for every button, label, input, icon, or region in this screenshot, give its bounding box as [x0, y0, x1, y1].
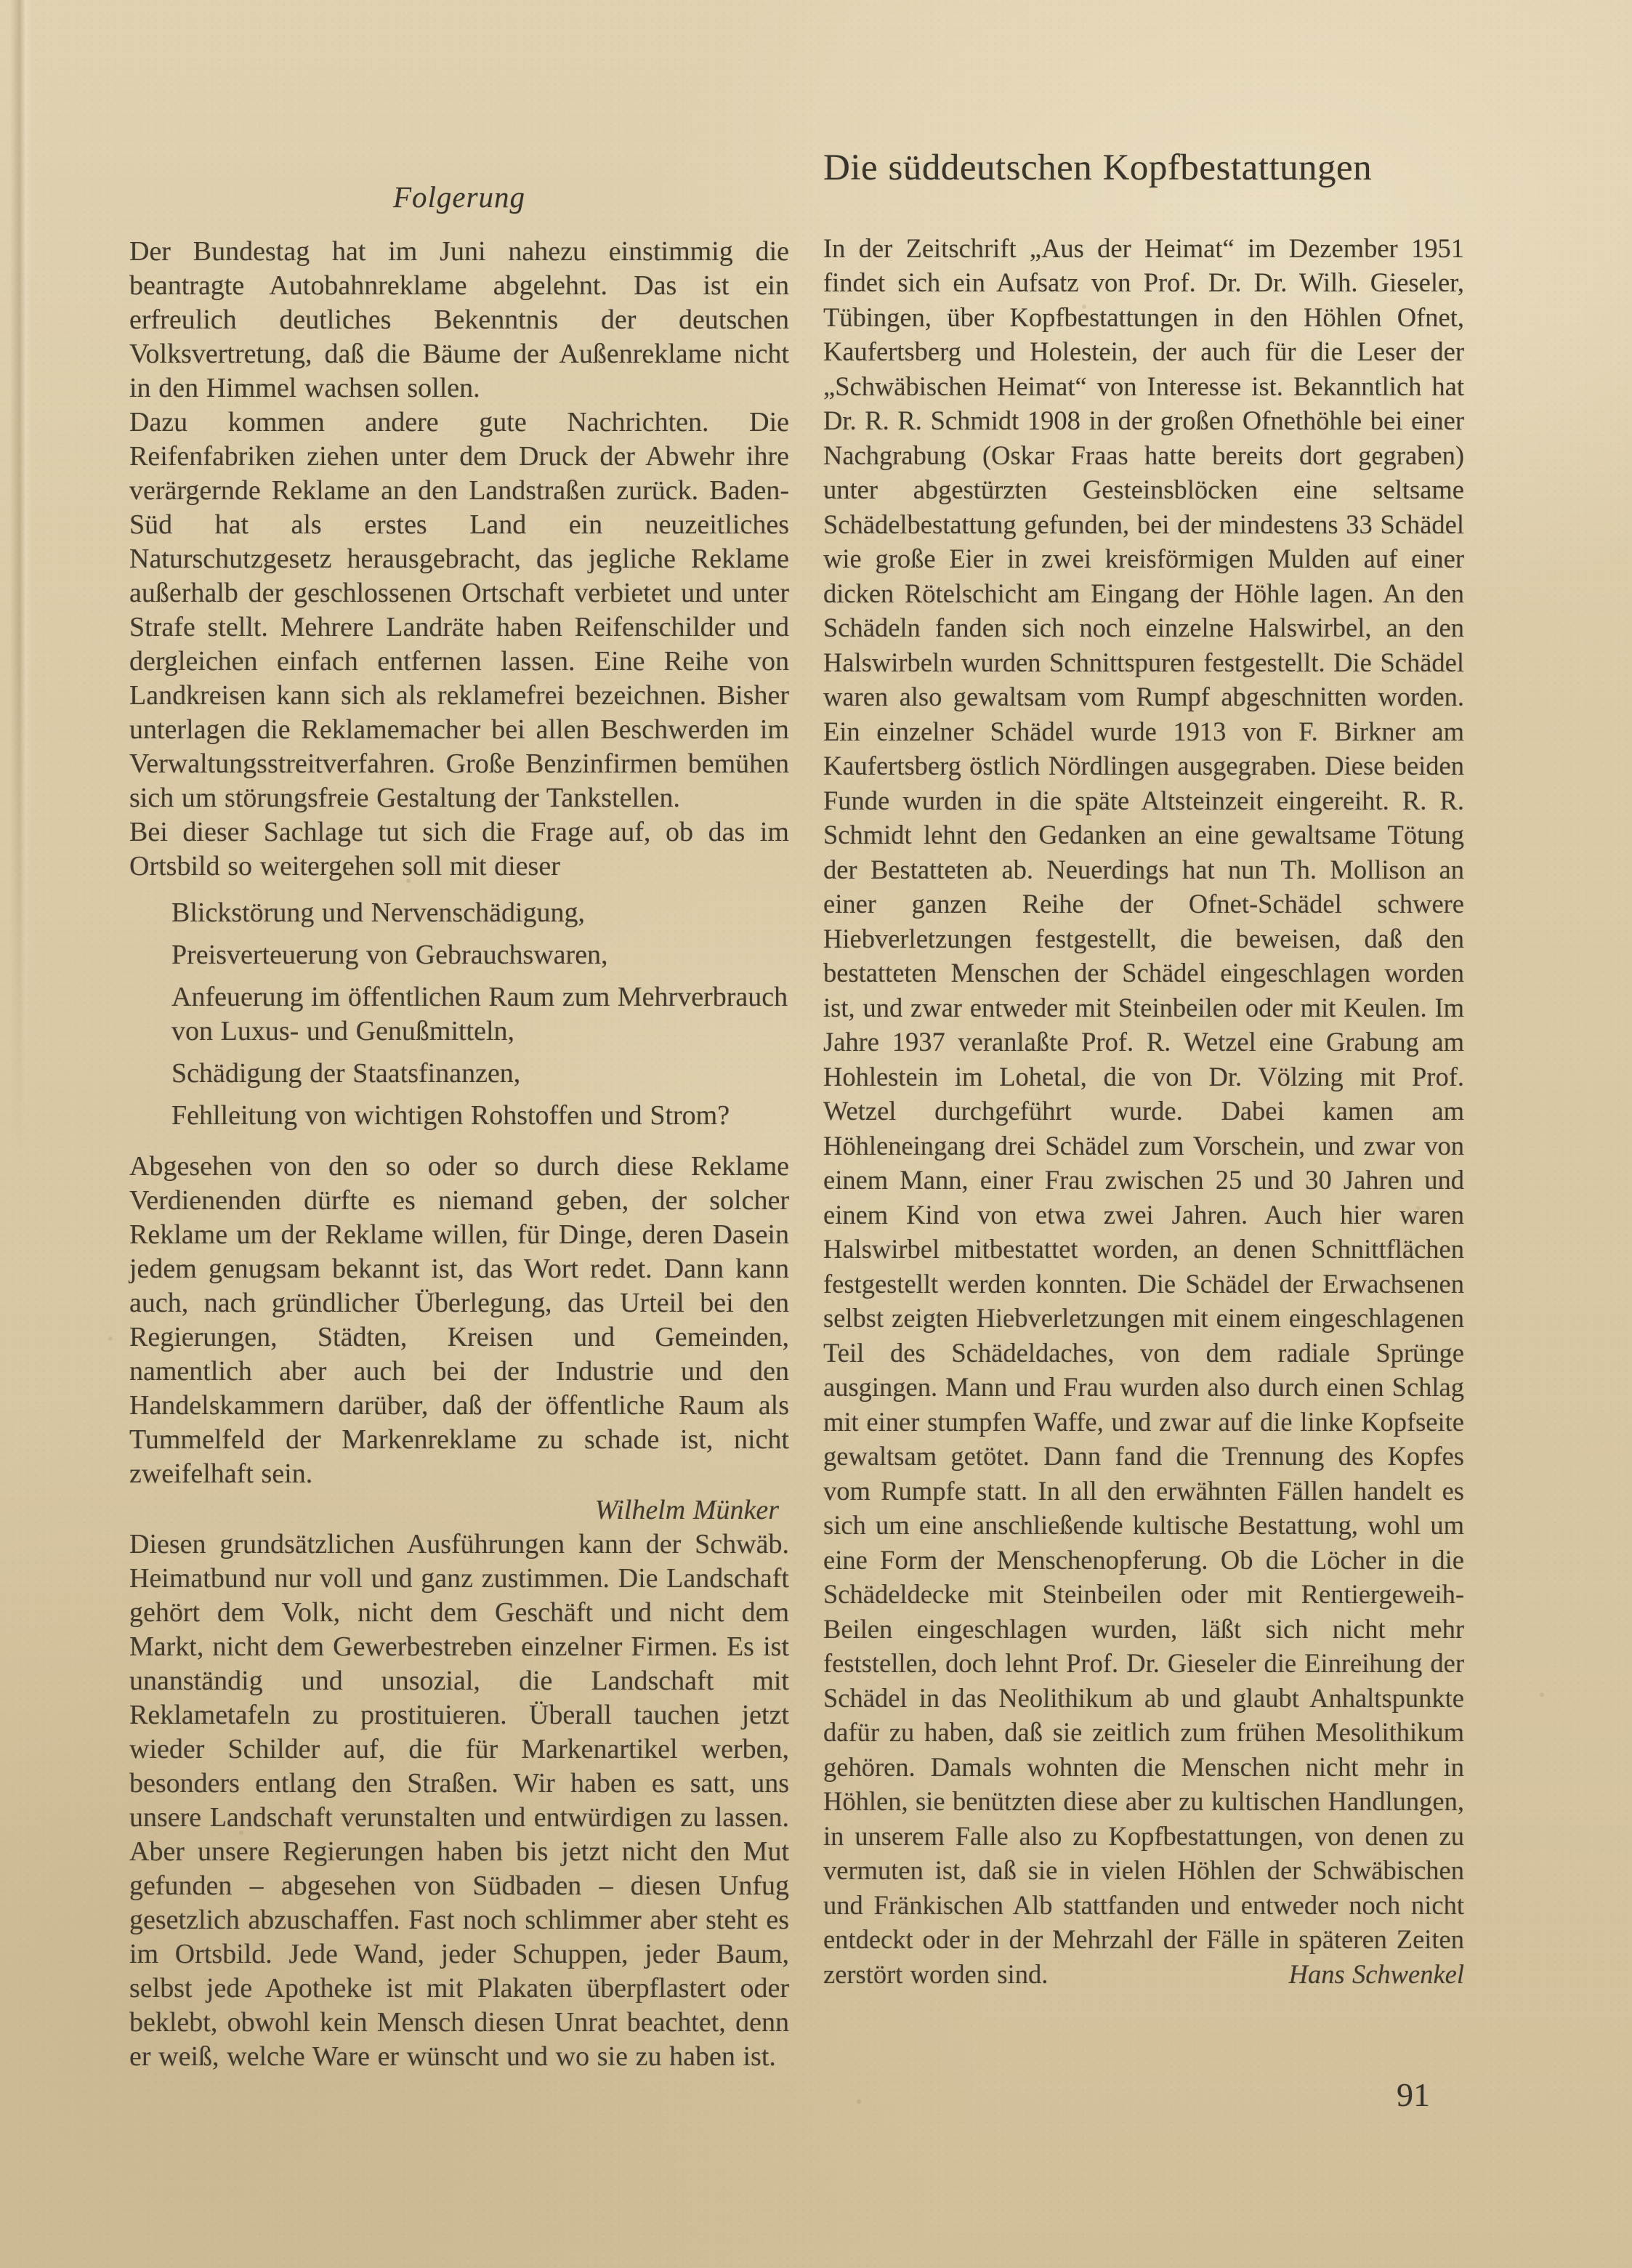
page-edge-crease — [10, 0, 32, 1163]
author-signature-muenker: Wilhelm Münker — [129, 1493, 789, 1528]
list-item: Schädigung der Staatsfinanzen, — [129, 1057, 789, 1091]
right-column: Die süddeutschen Kopfbestattungen In der… — [823, 151, 1464, 1991]
paragraph-nachrichten: Dazu kommen andere gute Nachrichten. Die… — [129, 405, 789, 815]
paragraph-heimatbund: Diesen grundsätzlichen Ausführungen kann… — [129, 1528, 789, 2074]
list-item: Fehlleitung von wichtigen Rohstoffen und… — [129, 1099, 789, 1133]
paragraph-abgesehen: Abgesehen von den so oder so durch diese… — [129, 1150, 789, 1491]
paper-specks — [0, 0, 3, 3]
author-signature-schwenkel: Hans Schwenkel — [1259, 1957, 1464, 1992]
section-heading-folgerung: Folgerung — [129, 180, 789, 214]
paragraph-bundestag: Der Bundestag hat im Juni nahezu einstim… — [129, 235, 789, 405]
article-body: In der Zeitschrift „Aus der Heimat“ im D… — [823, 231, 1464, 1992]
effects-list: Blickstörung und Nervenschädigung, Preis… — [129, 896, 789, 1133]
article-body-text: In der Zeitschrift „Aus der Heimat“ im D… — [823, 233, 1464, 1989]
scanned-journal-page: { "colors": { "paper": "#d9c9a7", "ink":… — [0, 0, 1632, 2268]
article-title: Die süddeutschen Kopfbestattungen — [823, 151, 1464, 186]
paragraph-sachlage: Bei dieser Sachlage tut sich die Frage a… — [129, 815, 789, 884]
list-item: Anfeuerung im öffentlichen Raum zum Mehr… — [129, 980, 789, 1049]
left-column: Folgerung Der Bundestag hat im Juni nahe… — [129, 180, 789, 2074]
list-item: Blickstörung und Nervenschädigung, — [129, 896, 789, 930]
list-item: Preisverteuerung von Gebrauchswaren, — [129, 938, 789, 972]
page-number: 91 — [1397, 2075, 1430, 2114]
